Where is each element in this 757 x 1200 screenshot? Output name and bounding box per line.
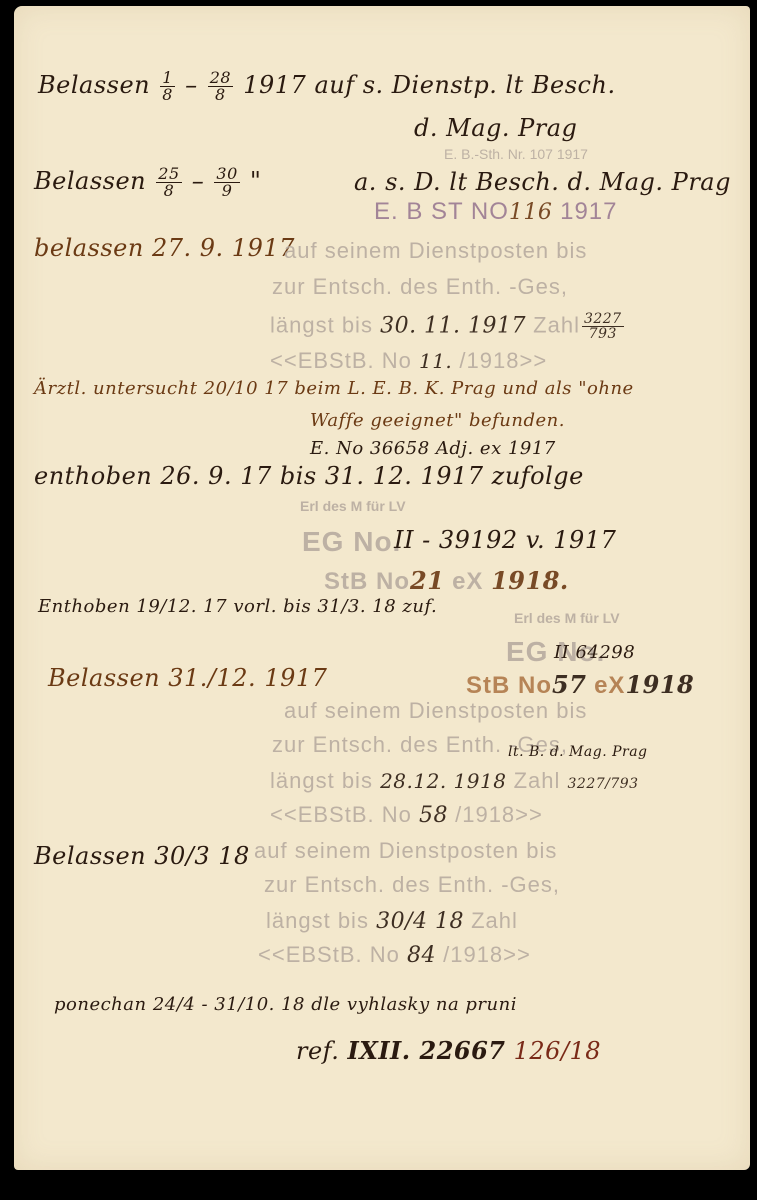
entry-1-from-date: 18 bbox=[160, 70, 175, 103]
entry-1-year: 1917 bbox=[243, 71, 306, 99]
entry-5-date: 26. 9. 17 bbox=[160, 462, 271, 490]
entry-2-text: a. s. D. lt Besch. d. Mag. Prag bbox=[354, 168, 731, 196]
entry-4-label: Ärztl. untersucht bbox=[34, 378, 197, 399]
entry-10-ref-prefix: ref. bbox=[296, 1037, 339, 1065]
entry-5-line: enthoben 26. 9. 17 bis 31. 12. 1917 zufo… bbox=[34, 462, 584, 490]
entry-2-label: Belassen bbox=[34, 167, 146, 195]
stamp-block-1-line-1: auf seinem Dienstposten bis bbox=[284, 238, 587, 264]
stamp-block-2-line-3: längst bis 28.12. 1918 Zahl 3227/793 bbox=[270, 768, 639, 794]
entry-4-date: 20/10 17 bbox=[204, 378, 289, 399]
entry-5-text: bis 31. 12. 1917 zufolge bbox=[280, 462, 584, 490]
entry-10-label: ponechan bbox=[54, 994, 147, 1015]
entry-7-date: 19/12. 17 bbox=[136, 596, 227, 617]
entry-5-label: enthoben bbox=[34, 462, 152, 490]
stamp-ebst-no: E. B ST NO116 1917 bbox=[374, 198, 617, 226]
entry-1-line: Belassen 18 – 288 1917 auf s. Dienstp. l… bbox=[38, 70, 616, 103]
stamp-block-3-line-2: zur Entsch. des Enth. -Ges, bbox=[264, 872, 560, 898]
stamp-erl-2: Erl des M für LV bbox=[514, 610, 620, 626]
stamp-stb-1: StB No21 eX 1918. bbox=[324, 566, 569, 596]
entry-6-reference: II - 39192 v. 1917 bbox=[394, 526, 616, 554]
entry-4-continuation: Waffe geeignet" befunden. bbox=[310, 410, 565, 431]
entry-9-date: 30/3 18 bbox=[154, 842, 250, 870]
entry-9-line: Belassen 30/3 18 bbox=[34, 842, 250, 870]
entry-3-line: belassen 27. 9. 1917 bbox=[34, 234, 295, 262]
entry-8-note: lt. B. d. Mag. Prag bbox=[508, 744, 648, 760]
entry-2-line: Belassen 258 – 309 " bbox=[34, 166, 261, 199]
entry-2-from-date: 258 bbox=[156, 166, 181, 199]
stamp-block-1-line-2: zur Entsch. des Enth. -Ges, bbox=[272, 274, 568, 300]
stamp-block-1-line-3: längst bis 30. 11. 1917 Zahl3227793 bbox=[270, 312, 626, 341]
entry-1-label: Belassen bbox=[38, 71, 150, 99]
entry-1-continuation: d. Mag. Prag bbox=[414, 114, 577, 142]
stamp-block-2-line-1: auf seinem Dienstposten bis bbox=[284, 698, 587, 724]
entry-8-label: Belassen bbox=[48, 664, 160, 692]
entry-10-reference: IXII. 22667 bbox=[347, 1036, 505, 1065]
entry-10-text: dle vyhlasky na pruni bbox=[311, 994, 517, 1015]
stamp-block-3-line-3: längst bis 30/4 18 Zahl bbox=[266, 908, 518, 934]
entry-1-text: auf s. Dienstp. lt Besch. bbox=[314, 71, 615, 99]
entry-8-line: Belassen 31./12. 1917 bbox=[48, 664, 327, 692]
entry-2-to-date: 309 bbox=[214, 166, 239, 199]
entry-4-line: Ärztl. untersucht 20/10 17 beim L. E. B.… bbox=[34, 378, 634, 399]
record-card: Belassen 18 – 288 1917 auf s. Dienstp. l… bbox=[14, 6, 750, 1170]
entry-8-reference: II 64298 bbox=[554, 642, 635, 663]
stamp-egno-1: EG No. bbox=[302, 526, 401, 558]
entry-3-date: 27. 9. 1917 bbox=[152, 234, 295, 262]
entry-3-label: belassen bbox=[34, 234, 144, 262]
entry-4-reference: E. No 36658 Adj. ex 1917 bbox=[310, 438, 556, 459]
stamp-block-2-line-4: <<EBStB. No 58 /1918>> bbox=[270, 802, 543, 828]
entry-7-label: Enthoben bbox=[38, 596, 130, 617]
stamp-block-1-line-4: <<EBStB. No 11. /1918>> bbox=[270, 348, 547, 374]
entry-7-line: Enthoben 19/12. 17 vorl. bis 31/3. 18 zu… bbox=[38, 596, 437, 617]
stamp-block-3-line-1: auf seinem Dienstposten bis bbox=[254, 838, 557, 864]
stamp-stb-2: StB No57 eX1918 bbox=[466, 670, 694, 700]
entry-10-line: ponechan 24/4 - 31/10. 18 dle vyhlasky n… bbox=[54, 994, 517, 1015]
stamp-e-b-sth: E. B.-Sth. Nr. 107 1917 bbox=[444, 146, 588, 162]
entry-10-ref-suffix: 126/18 bbox=[514, 1037, 601, 1065]
entry-10-reference-line: ref. IXII. 22667 126/18 bbox=[296, 1036, 601, 1065]
stamp-block-3-line-4: <<EBStB. No 84 /1918>> bbox=[258, 942, 531, 968]
entry-4-text: beim L. E. B. K. Prag und als "ohne bbox=[294, 378, 633, 399]
entry-8-date: 31./12. 1917 bbox=[168, 664, 327, 692]
entry-9-label: Belassen bbox=[34, 842, 146, 870]
entry-1-to-date: 288 bbox=[208, 70, 233, 103]
entry-2-ditto: " bbox=[250, 167, 262, 195]
stamp-erl-1: Erl des M für LV bbox=[300, 498, 406, 514]
entry-10-date: 24/4 - 31/10. 18 bbox=[153, 994, 305, 1015]
entry-7-text: vorl. bis 31/3. 18 zuf. bbox=[233, 596, 437, 617]
